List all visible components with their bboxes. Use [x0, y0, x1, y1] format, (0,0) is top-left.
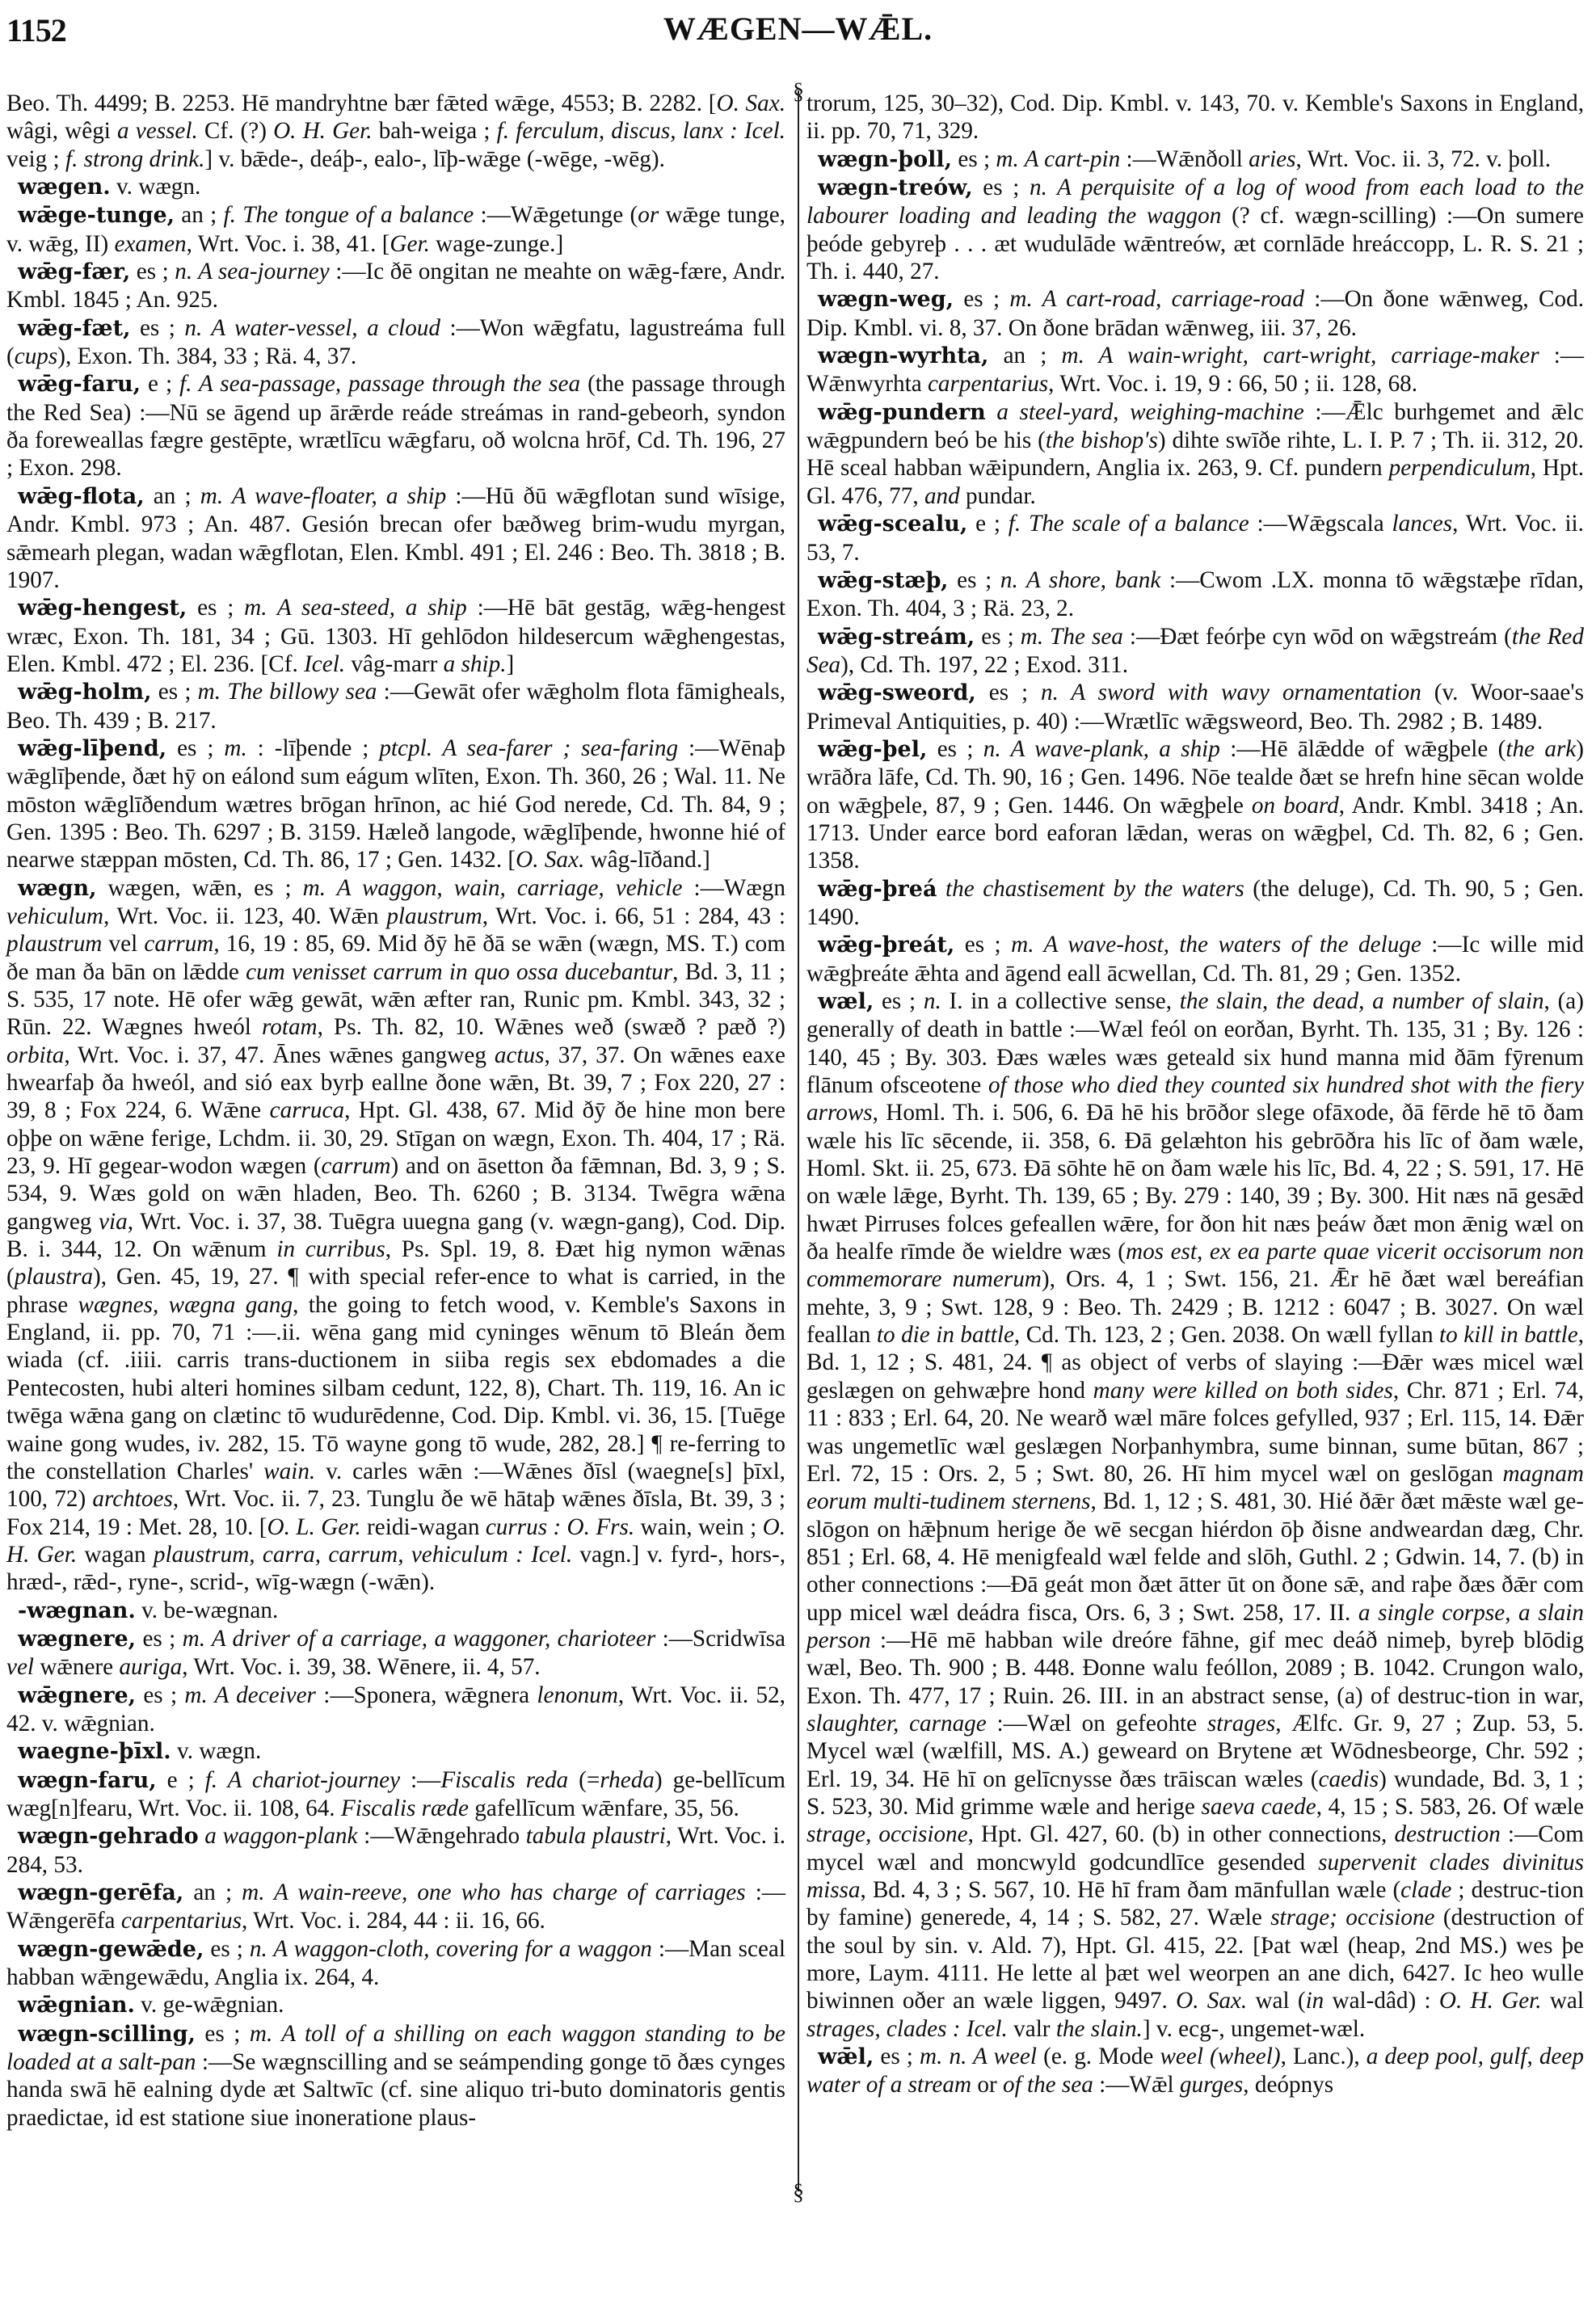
entry-text: an ; [988, 343, 1061, 368]
entry-italic-text: aries [1249, 146, 1295, 172]
entry-text: es ; [130, 315, 184, 341]
entry-italic-text: carrum [322, 1153, 391, 1179]
dictionary-entry: wægen. v. wægn. [6, 173, 785, 201]
entry-italic-text: m. A cart-road, carriage-road [1009, 286, 1304, 312]
entry-text: es ; [187, 595, 244, 621]
entry-text: an ; [183, 1880, 242, 1905]
entry-italic-text: f. A chariot-journey [205, 1767, 400, 1793]
entry-italic-text: ptcpl. A sea-farer ; sea-faring [379, 735, 678, 761]
entry-italic-text: m. The sea [1021, 624, 1123, 650]
entry-italic-text: f. A sea-passage, passage through the se… [179, 371, 580, 397]
dictionary-entry: trorum, 125, 30–32), Cod. Dip. Kmbl. v. … [806, 90, 1584, 145]
entry-text: (= [568, 1767, 600, 1793]
entry-text: e ; [157, 1767, 205, 1793]
dictionary-entry: wægn-scilling, es ; m. A toll of a shill… [6, 2020, 785, 2132]
entry-text: wǣnere [34, 1654, 119, 1680]
entry-headword: wǣg-þreát, [818, 932, 954, 958]
entry-italic-text: carpentarius [121, 1908, 242, 1934]
dictionary-entry: wǣg-hengest, es ; m. A sea-steed, a ship… [6, 594, 785, 678]
dictionary-entry: wǣg-þel, es ; n. A wave-plank, a ship :—… [806, 735, 1584, 875]
entry-italic-text: O. Sax. [1176, 1988, 1247, 2014]
entry-italic-text: m. A sea-steed, a ship [244, 595, 467, 621]
entry-italic-text: strage; occisione [1270, 1905, 1434, 1930]
entry-italic-text: currus : O. Frs. [486, 1514, 634, 1540]
entry-headword: wǣg-holm, [18, 680, 152, 705]
entry-text: v. ge-wǣgnian. [135, 1992, 284, 2018]
entry-headword: wǣg-fæt, [18, 316, 130, 341]
entry-italic-text: saeva caede [1202, 1794, 1316, 1820]
entry-italic-text: carruca [270, 1097, 344, 1123]
entry-headword: wægn-gehrado [18, 1824, 199, 1849]
entry-text: :—Wǣl [1093, 2072, 1180, 2098]
entry-text: , deópnys [1243, 2072, 1333, 2098]
entry-text: :—Ðæt feórþe cyn wōd on wǣgstreám ( [1123, 624, 1512, 650]
column-divider [798, 91, 799, 2191]
entry-headword: wǣgnian. [18, 1993, 135, 2018]
entry-headword: wǣg-fær, [18, 259, 130, 284]
entry-italic-text: plaustra [15, 1264, 93, 1290]
entry-text [986, 399, 997, 425]
entry-italic-text: strages, clades : Icel. [806, 2016, 1008, 2042]
entry-text: Cf. (?) [198, 118, 273, 144]
entry-text: es ; [954, 932, 1011, 958]
entry-text: wal [1542, 1988, 1584, 2014]
dictionary-entry: wǣl, es ; m. n. A weel (e. g. Mode weel … [806, 2043, 1584, 2099]
entry-text: an ; [175, 202, 224, 228]
dictionary-entry: wǣg-scealu, e ; f. The scale of a balanc… [806, 510, 1584, 566]
entry-headword: wægn-gewǣde, [18, 1937, 204, 1962]
entry-italic-text: m. A wave-floater, a ship [200, 483, 447, 509]
entry-text: ), Cd. Th. 197, 22 ; Exod. 311. [840, 652, 1128, 678]
entry-headword: wægn-gerēfa, [18, 1880, 183, 1905]
entry-headword: wægn, [18, 876, 96, 901]
entry-italic-text: clade [1400, 1877, 1451, 1903]
dictionary-entry: waegne-þīxl. v. wægn. [6, 1737, 785, 1766]
entry-text: :—Scridwīsa [655, 1626, 785, 1652]
entry-italic-text: lances [1392, 511, 1453, 537]
entry-headword: wǣg-faru, [18, 372, 141, 397]
entry-text: v. wægn. [171, 1738, 262, 1764]
dictionary-entry: wægn-gehrado a waggon-plank :—Wǣngehrado… [6, 1822, 785, 1879]
dictionary-entry: wǣg-fær, es ; n. A sea-journey :—Ic ðē o… [6, 258, 785, 314]
entry-text: , Wrt. Voc. ii. 3, 72. v. þoll. [1296, 146, 1552, 172]
entry-text: trorum, 125, 30–32), Cod. Dip. Kmbl. v. … [806, 91, 1584, 144]
entry-italic-text: f. ferculum, discus, lanx : Icel. [497, 118, 785, 144]
entry-text: es ; [975, 624, 1021, 650]
dictionary-entry: wægn-weg, es ; m. A cart-road, carriage-… [806, 285, 1584, 342]
entry-text: vâg-marr [345, 651, 444, 677]
entry-headword: wǣg-hengest, [18, 596, 187, 621]
dictionary-entry: wægn-gerēfa, an ; m. A wain-reeve, one w… [6, 1879, 785, 1935]
entry-italic-text: wain. [263, 1459, 315, 1484]
dictionary-entry: wǣg-streám, es ; m. The sea :—Ðæt feórþe… [806, 623, 1584, 680]
column-rule-bottom-ornament-icon: § [790, 2182, 806, 2204]
dictionary-entry: wægn, wægen, wǣn, es ; m. A waggon, wain… [6, 874, 785, 1597]
entry-text: gafellīcum wǣnfare, 35, 56. [469, 1795, 739, 1821]
entry-text: :—Sponera, wǣgnera [316, 1682, 537, 1708]
entry-italic-text: m. A waggon, wain, carriage, vehicle [303, 875, 683, 901]
entry-text: I. in a collective sense, [941, 988, 1180, 1014]
entry-text: ] [507, 651, 515, 677]
entry-italic-text: carrum [144, 931, 213, 957]
entry-text: , Ps. Th. 82, 10. Wǣnes weð (swæð ? pæð … [318, 1014, 785, 1040]
entry-headword: wægnere, [18, 1627, 136, 1652]
entry-headword: wǣg-scealu, [818, 511, 967, 537]
entry-italic-text: O. H. Ger. [273, 118, 372, 144]
entry-italic-text: m. The billowy sea [198, 679, 377, 705]
entry-italic-text: slaughter, carnage [806, 1711, 987, 1736]
entry-italic-text: a steel-yard, weighing-machine [996, 399, 1303, 425]
entry-text: ] v. bǣde-, deáþ-, ealo-, līþ-wǣge (-wēg… [204, 146, 664, 172]
entry-text: wâgi, wêgi [6, 118, 117, 144]
entry-text: :—Wǣgetunge ( [474, 202, 638, 228]
entry-italic-text: a waggon-plank [204, 1823, 357, 1849]
dictionary-entry: wægn-gewǣde, es ; n. A waggon-cloth, cov… [6, 1935, 785, 1992]
entry-text: es ; [927, 736, 983, 762]
entry-italic-text: n. A sea-journey [175, 259, 329, 284]
entry-text: es ; [874, 2044, 920, 2069]
entry-italic-text: cups [15, 343, 58, 369]
entry-italic-text: f. strong drink. [65, 146, 204, 172]
entry-headword: wǣgnere, [18, 1683, 136, 1708]
entry-italic-text: lenonum [537, 1682, 618, 1708]
entry-italic-text: on board [1252, 793, 1339, 819]
entry-italic-text: strage, occisione [806, 1821, 968, 1847]
entry-headword: wǣg-flota, [18, 484, 145, 509]
entry-italic-text: to die in battle [877, 1322, 1014, 1348]
entry-italic-text: the chastisement by the waters [945, 876, 1244, 902]
entry-headword: wæl, [818, 989, 874, 1014]
dictionary-entry: wæl, es ; n. I. in a collective sense, t… [806, 987, 1584, 2043]
entry-italic-text: m. A wain-reeve, one who has charge of c… [242, 1880, 745, 1905]
dictionary-entry: -wægnan. v. be-wægnan. [6, 1597, 785, 1625]
entry-headword: wægn-treów, [818, 175, 973, 200]
entry-text: es ; [952, 146, 996, 172]
entry-text: es ; [954, 286, 1009, 312]
entry-text: es ; [976, 680, 1041, 705]
entry-italic-text: the ark [1505, 736, 1576, 762]
entry-italic-text: plaustrum, carra, carrum, vehiculum : Ic… [154, 1542, 572, 1568]
entry-headword: wægn-faru, [18, 1768, 157, 1793]
entry-text: :—Wǣgscala [1249, 511, 1392, 537]
entry-text: es ; [196, 2021, 250, 2047]
entry-text: es ; [136, 1682, 184, 1708]
entry-italic-text: destruction [1394, 1821, 1500, 1847]
entry-italic-text: archtoes [92, 1486, 172, 1512]
entry-headword: wægn-scilling, [18, 2022, 196, 2047]
dictionary-entry: wǣg-flota, an ; m. A wave-floater, a shi… [6, 482, 785, 594]
entry-italic-text: m. A cart-pin [996, 146, 1120, 172]
entry-italic-text: the bishop's [1046, 427, 1158, 453]
dictionary-entry: wægn-þoll, es ; m. A cart-pin :—Wǣnðoll … [806, 145, 1584, 174]
entry-italic-text: or [638, 202, 659, 228]
dictionary-entry: wægn-treów, es ; n. A perquisite of a lo… [806, 174, 1584, 285]
entry-italic-text: O. L. Ger. [267, 1514, 361, 1540]
entry-italic-text: strages [1207, 1711, 1275, 1736]
entry-italic-text: a vessel. [117, 118, 198, 144]
entry-italic-text: to kill in battle [1439, 1322, 1578, 1348]
entry-italic-text: n. A waggon-cloth, covering for a waggon [250, 1936, 652, 1962]
entry-text: wal ( [1247, 1988, 1305, 2014]
entry-text: : -līþende ; [247, 735, 380, 761]
entry-italic-text: f. The scale of a balance [1009, 511, 1249, 537]
entry-text: es ; [130, 259, 175, 284]
entry-headword: waegne-þīxl. [18, 1739, 171, 1764]
entry-text: wain, wein ; [634, 1514, 762, 1540]
entry-text: wagan [77, 1542, 154, 1568]
entry-text: ] v. ecg-, ungemet-wæl. [1143, 2016, 1365, 2042]
entry-italic-text: gurges [1180, 2072, 1243, 2098]
entry-text: , Wrt. Voc. i. 284, 44 : ii. 16, 66. [242, 1908, 545, 1934]
entry-headword: wægen. [18, 175, 111, 200]
entry-text: :—Hē ālǣdde of wǣgþele ( [1220, 736, 1505, 762]
entry-italic-text: perpendiculum [1389, 455, 1531, 481]
entry-italic-text: a ship. [444, 651, 507, 677]
entry-italic-text: n. [924, 988, 941, 1014]
entry-text: , 4, 15 ; S. 583, 26. Of wæle [1316, 1794, 1584, 1820]
entry-headword: wægn-wyrhta, [818, 343, 988, 368]
entry-headword: wǣg-pundern [818, 400, 986, 425]
entry-text: wage-zunge.] [430, 231, 563, 257]
entry-text: (e. g. Mode [1037, 2044, 1160, 2069]
entry-italic-text: caedis [1318, 1766, 1379, 1792]
entry-italic-text: m. A wave-host, the waters of the deluge [1011, 932, 1421, 958]
entry-text: , Wrt. Voc. i. 37, 47. Ānes wǣnes gangwe… [64, 1042, 494, 1068]
dictionary-entry: wǣg-þreát, es ; m. A wave-host, the wate… [806, 931, 1584, 987]
entry-text: e ; [141, 371, 179, 397]
entry-italic-text: tabula plaustri [526, 1823, 666, 1849]
entry-italic-text: Icel. [304, 651, 345, 677]
entry-italic-text: m. A deceiver [184, 1682, 316, 1708]
entry-text: , Wrt. Voc. i. 39, 38. Wēnere, ii. 4, 57… [182, 1654, 540, 1680]
entry-headword: wǣg-stæþ, [818, 568, 948, 593]
entry-italic-text: Fiscalis reda [440, 1767, 568, 1793]
entry-text: :—Wægn [682, 875, 785, 901]
entry-headword: wægn-þoll, [818, 147, 952, 172]
entry-text: ), Exon. Th. 384, 33 ; Rä. 4, 37. [57, 343, 356, 369]
entry-text: :— [400, 1767, 440, 1793]
entry-text: e ; [967, 511, 1009, 537]
entry-italic-text: many were killed on both sides [1093, 1378, 1393, 1404]
entry-headword: wǣg-līþend, [18, 736, 166, 761]
dictionary-entry: wǣgnere, es ; m. A deceiver :—Sponera, w… [6, 1682, 785, 1738]
entry-italic-text: Ger. [390, 231, 429, 257]
entry-italic-text: orbita [6, 1042, 64, 1068]
entry-text: , Wrt. Voc. i. 66, 51 : 284, 43 : [482, 903, 785, 929]
entry-text: :—Wæl on gefeohte [987, 1711, 1207, 1736]
entry-italic-text: wægnes, wægna gang [78, 1292, 293, 1318]
dictionary-entry: Beo. Th. 4499; B. 2253. Hē mandryhtne bæ… [6, 90, 785, 173]
entry-text: es ; [874, 988, 924, 1014]
dictionary-entry: wǣge-tunge, an ; f. The tongue of a bala… [6, 201, 785, 258]
entry-text: :—Wǣnðoll [1120, 146, 1249, 172]
entry-italic-text: plaustrum [386, 903, 482, 929]
left-column: Beo. Th. 4499; B. 2253. Hē mandryhtne bæ… [6, 90, 785, 2132]
entry-text: wægen, wǣn, es ; [96, 875, 302, 901]
entry-italic-text: rheda [600, 1767, 655, 1793]
entry-italic-text: the slain. [1056, 2016, 1143, 2042]
entry-italic-text: examen [114, 231, 186, 257]
entry-text: v. be-wægnan. [136, 1597, 278, 1623]
entry-italic-text: of the sea [1003, 2072, 1093, 2098]
running-head: WÆGEN—WǢL. [0, 10, 1596, 48]
dictionary-entry: wǣg-þreá the chastisement by the waters … [806, 875, 1584, 932]
entry-italic-text: in curribus [276, 1236, 385, 1262]
dictionary-entry: wǣg-sweord, es ; n. A sword with wavy or… [806, 679, 1584, 735]
entry-text: an ; [145, 483, 200, 509]
dictionary-entry: wǣg-līþend, es ; m. : -līþende ; ptcpl. … [6, 735, 785, 874]
entry-italic-text: weel (wheel) [1160, 2044, 1280, 2069]
entry-text: , Cd. Th. 123, 2 ; Gen. 2038. On wæll fy… [1014, 1322, 1439, 1348]
entry-headword: -wægnan. [18, 1598, 136, 1623]
entry-italic-text: vel [6, 1654, 34, 1680]
dictionary-entry: wǣg-stæþ, es ; n. A shore, bank :—Cwom .… [806, 566, 1584, 623]
entry-italic-text: n. A wave-plank, a ship [983, 736, 1220, 762]
dictionary-entry: wǣg-faru, e ; f. A sea-passage, passage … [6, 370, 785, 482]
entry-text: , Wrt. Voc. i. 38, 41. [ [187, 231, 390, 257]
entry-text: , Bd. 4, 3 ; S. 567, 10. Hē hī fram ðam … [861, 1877, 1401, 1903]
entry-italic-text: auriga [119, 1654, 182, 1680]
entry-text: :—Hē mē habban wile dreóre fāhne, gif me… [806, 1627, 1584, 1709]
entry-text: , the going to fetch wood, v. Kemble's S… [6, 1292, 785, 1484]
entry-text: bah-weiga ; [373, 118, 497, 144]
entry-italic-text: and [924, 483, 960, 509]
entry-italic-text: O. Sax. [516, 847, 584, 873]
entry-italic-text: O. Sax. [716, 91, 785, 116]
dictionary-entry: wǣg-pundern a steel-yard, weighing-machi… [806, 398, 1584, 510]
entry-text [937, 876, 945, 902]
entry-text: reidi-wagan [361, 1514, 486, 1540]
entry-text: :—Wǣngehrado [357, 1823, 525, 1849]
entry-headword: wǣl, [818, 2044, 874, 2069]
entry-text: , Lanc.), [1281, 2044, 1366, 2069]
entry-text: , Wrt. Voc. i. 19, 9 : 66, 50 ; ii. 128,… [1048, 371, 1417, 397]
entry-text: , Wrt. Voc. ii. 123, 40. Wǣn [103, 903, 386, 929]
entry-text: wâg-līðand.] [584, 847, 710, 873]
entry-headword: wǣg-streám, [818, 625, 975, 650]
entry-text: veig ; [6, 146, 65, 172]
dictionary-entry: wægn-wyrhta, an ; m. A wain-wright, cart… [806, 342, 1584, 398]
entry-text: Beo. Th. 4499; B. 2253. Hē mandryhtne bæ… [6, 91, 716, 116]
entry-italic-text: actus [495, 1042, 545, 1068]
entry-italic-text: m. A wain-wright, cart-wright, carriage-… [1061, 343, 1539, 368]
entry-italic-text: m. n. A weel [920, 2044, 1037, 2069]
right-column: trorum, 125, 30–32), Cod. Dip. Kmbl. v. … [806, 90, 1584, 2099]
entry-text: or [971, 2072, 1003, 2098]
entry-text: es ; [166, 735, 224, 761]
entry-italic-text: Fiscalis ræde [341, 1795, 469, 1821]
entry-italic-text: cum venisset carrum in quo ossa ducebant… [246, 959, 672, 985]
entry-text: es ; [152, 679, 198, 705]
entry-text: es ; [204, 1936, 250, 1962]
entry-italic-text: m. [224, 735, 246, 761]
entry-italic-text: plaustrum [6, 931, 102, 957]
entry-italic-text: via [99, 1209, 128, 1235]
entry-text: pundar. [960, 483, 1036, 509]
entry-italic-text: n. A sword with wavy ornamentation [1041, 680, 1421, 705]
entry-text: , Hpt. Gl. 427, 60. (b) in other connect… [968, 1821, 1395, 1847]
dictionary-entry: wǣg-fæt, es ; n. A water-vessel, a cloud… [6, 314, 785, 371]
entry-italic-text: in [1306, 1988, 1324, 2014]
entry-headword: wægn-weg, [818, 287, 954, 312]
entry-text: v. wægn. [111, 174, 201, 200]
entry-italic-text: the slain, the dead, a number of slain [1180, 988, 1544, 1014]
entry-italic-text: vehiculum [6, 903, 103, 929]
entry-headword: wǣg-þel, [818, 737, 927, 762]
dictionary-entry: wægn-faru, e ; f. A chariot-journey :—Fi… [6, 1766, 785, 1823]
entry-text: wal-dâd) : [1324, 1988, 1439, 2014]
entry-headword: wǣg-þreá [818, 877, 937, 902]
entry-italic-text: rotam [262, 1014, 318, 1040]
dictionary-entry: wǣg-holm, es ; m. The billowy sea :—Gewā… [6, 678, 785, 735]
entry-italic-text: n. A shore, bank [1000, 567, 1160, 593]
entry-text: es ; [973, 175, 1030, 200]
entry-headword: wǣg-sweord, [818, 680, 976, 705]
entry-italic-text: n. A water-vessel, a cloud [184, 315, 440, 341]
entry-italic-text: carpentarius [928, 371, 1048, 397]
dictionary-entry: wǣgnian. v. ge-wǣgnian. [6, 1991, 785, 2019]
entry-text: valr [1008, 2016, 1056, 2042]
entry-headword: wǣge-tunge, [18, 203, 175, 228]
entry-text: es ; [136, 1626, 183, 1652]
entry-text: es ; [948, 567, 1000, 593]
entry-italic-text: O. H. Ger. [1439, 1988, 1542, 2014]
dictionary-entry: wægnere, es ; m. A driver of a carriage,… [6, 1625, 785, 1682]
entry-italic-text: f. The tongue of a balance [224, 202, 474, 228]
entry-italic-text: m. A driver of a carriage, a waggoner, c… [183, 1626, 656, 1652]
entry-text: vel [102, 931, 144, 957]
